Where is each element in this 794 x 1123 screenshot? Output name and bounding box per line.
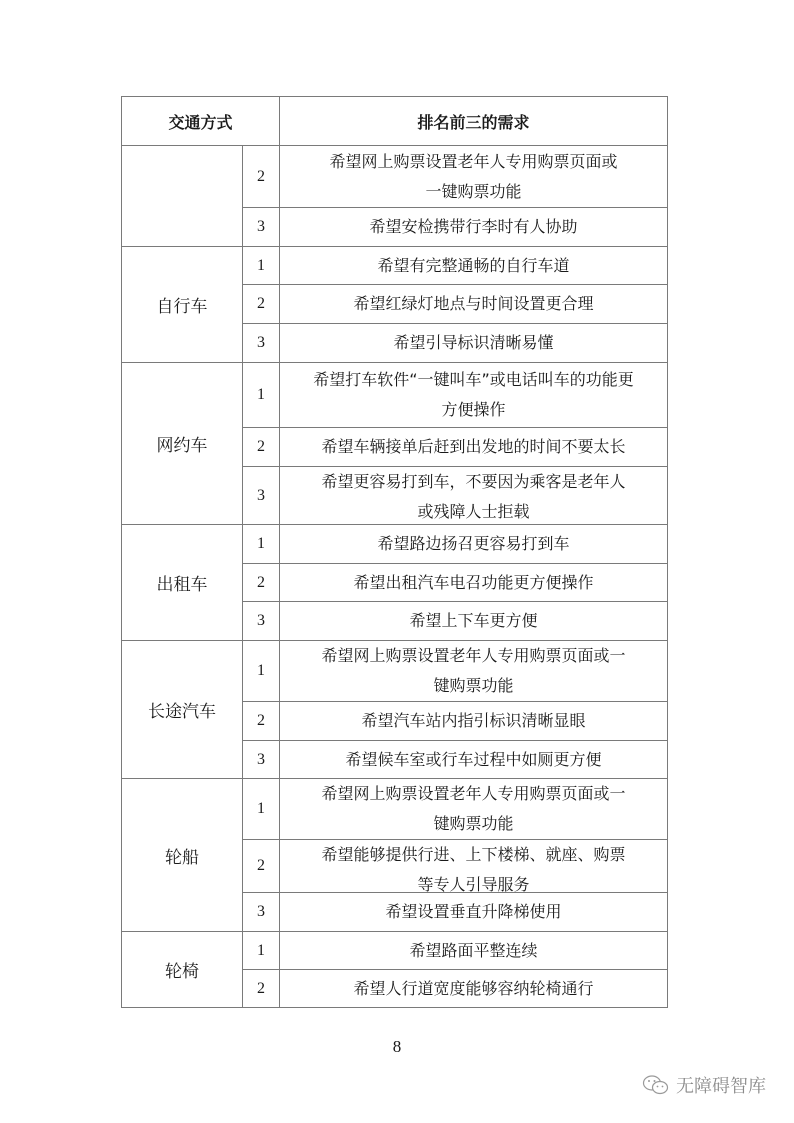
rank-cell: 1: [243, 932, 280, 970]
requirement-line: 希望网上购票设置老年人专用购票页面或一: [280, 641, 667, 671]
requirement-line: 键购票功能: [280, 809, 667, 839]
requirement-cell: 希望路面平整连续: [280, 932, 668, 970]
requirement-line: 希望车辆接单后赶到出发地的时间不要太长: [280, 432, 667, 462]
requirement-cell: 希望能够提供行进、上下楼梯、就座、购票等专人引导服务: [280, 840, 668, 893]
requirement-line: 希望上下车更方便: [280, 606, 667, 636]
requirement-cell: 希望上下车更方便: [280, 602, 668, 641]
requirement-cell: 希望红绿灯地点与时间设置更合理: [280, 285, 668, 324]
requirement-line: 希望能够提供行进、上下楼梯、就座、购票: [280, 840, 667, 870]
requirement-cell: 希望网上购票设置老年人专用购票页面或一键购票功能: [280, 146, 668, 208]
requirement-line: 希望路面平整连续: [280, 936, 667, 966]
requirement-cell: 希望路边扬召更容易打到车: [280, 525, 668, 564]
table-row: 自行车1希望有完整通畅的自行车道: [122, 247, 668, 285]
requirement-line: 或残障人士拒载: [280, 497, 667, 524]
requirement-line: 希望汽车站内指引标识清晰显眼: [280, 706, 667, 736]
requirement-line: 希望引导标识清晰易懂: [280, 328, 667, 358]
rank-cell: 1: [243, 525, 280, 564]
requirement-line: 希望打车软件“一键叫车”或电话叫车的功能更: [280, 365, 667, 395]
wechat-icon: [642, 1074, 670, 1096]
requirement-line: 希望网上购票设置老年人专用购票页面或: [280, 147, 667, 177]
table-row: 轮椅1希望路面平整连续: [122, 932, 668, 970]
table-row: 2希望网上购票设置老年人专用购票页面或一键购票功能: [122, 146, 668, 208]
requirement-cell: 希望候车室或行车过程中如厕更方便: [280, 741, 668, 779]
requirement-cell: 希望有完整通畅的自行车道: [280, 247, 668, 285]
requirement-line: 希望路边扬召更容易打到车: [280, 529, 667, 559]
requirement-line: 一键购票功能: [280, 177, 667, 207]
requirement-cell: 希望网上购票设置老年人专用购票页面或一键购票功能: [280, 641, 668, 702]
rank-cell: 2: [243, 146, 280, 208]
requirement-line: 希望出租汽车电召功能更方便操作: [280, 568, 667, 598]
requirement-cell: 希望出租汽车电召功能更方便操作: [280, 564, 668, 602]
table-row: 出租车1希望路边扬召更容易打到车: [122, 525, 668, 564]
rank-cell: 1: [243, 779, 280, 840]
rank-cell: 2: [243, 285, 280, 324]
rank-cell: 3: [243, 467, 280, 525]
rank-cell: 1: [243, 641, 280, 702]
requirement-line: 方便操作: [280, 395, 667, 425]
mode-cell: [122, 146, 243, 247]
mode-cell: 轮船: [122, 779, 243, 932]
rank-cell: 2: [243, 702, 280, 741]
rank-cell: 2: [243, 840, 280, 893]
rank-cell: 1: [243, 247, 280, 285]
requirement-cell: 希望人行道宽度能够容纳轮椅通行: [280, 970, 668, 1008]
rank-cell: 2: [243, 428, 280, 467]
requirement-cell: 希望车辆接单后赶到出发地的时间不要太长: [280, 428, 668, 467]
requirement-line: 希望红绿灯地点与时间设置更合理: [280, 289, 667, 319]
rank-cell: 3: [243, 602, 280, 641]
requirement-cell: 希望安检携带行李时有人协助: [280, 208, 668, 247]
rank-cell: 3: [243, 324, 280, 363]
requirement-cell: 希望网上购票设置老年人专用购票页面或一键购票功能: [280, 779, 668, 840]
rank-cell: 3: [243, 208, 280, 247]
requirement-line: 希望有完整通畅的自行车道: [280, 251, 667, 281]
requirement-cell: 希望汽车站内指引标识清晰显眼: [280, 702, 668, 741]
table-header-row: 交通方式 排名前三的需求: [122, 97, 668, 146]
requirement-line: 希望安检携带行李时有人协助: [280, 212, 667, 242]
header-requirements: 排名前三的需求: [280, 97, 668, 146]
requirement-line: 希望候车室或行车过程中如厕更方便: [280, 745, 667, 775]
table-row: 轮船1希望网上购票设置老年人专用购票页面或一键购票功能: [122, 779, 668, 840]
requirement-line: 希望网上购票设置老年人专用购票页面或一: [280, 779, 667, 809]
requirement-cell: 希望打车软件“一键叫车”或电话叫车的功能更方便操作: [280, 363, 668, 428]
table-body: 2希望网上购票设置老年人专用购票页面或一键购票功能3希望安检携带行李时有人协助自…: [122, 146, 668, 1008]
header-mode: 交通方式: [122, 97, 280, 146]
rank-cell: 3: [243, 893, 280, 932]
mode-cell: 长途汽车: [122, 641, 243, 779]
rank-cell: 2: [243, 970, 280, 1008]
requirements-table: 交通方式 排名前三的需求 2希望网上购票设置老年人专用购票页面或一键购票功能3希…: [121, 96, 668, 1008]
mode-cell: 轮椅: [122, 932, 243, 1008]
table-row: 网约车1希望打车软件“一键叫车”或电话叫车的功能更方便操作: [122, 363, 668, 428]
watermark: 无障碍智库: [642, 1072, 766, 1098]
mode-cell: 出租车: [122, 525, 243, 641]
mode-cell: 自行车: [122, 247, 243, 363]
requirement-line: 希望设置垂直升降梯使用: [280, 897, 667, 927]
requirement-line: 希望更容易打到车，不要因为乘客是老年人: [280, 467, 667, 497]
requirement-cell: 希望更容易打到车，不要因为乘客是老年人或残障人士拒载: [280, 467, 668, 525]
requirement-line: 希望人行道宽度能够容纳轮椅通行: [280, 974, 667, 1004]
rank-cell: 3: [243, 741, 280, 779]
requirement-cell: 希望设置垂直升降梯使用: [280, 893, 668, 932]
page-number: 8: [0, 1037, 794, 1057]
requirement-line: 等专人引导服务: [280, 870, 667, 892]
table-row: 长途汽车1希望网上购票设置老年人专用购票页面或一键购票功能: [122, 641, 668, 702]
mode-cell: 网约车: [122, 363, 243, 525]
requirement-cell: 希望引导标识清晰易懂: [280, 324, 668, 363]
rank-cell: 2: [243, 564, 280, 602]
requirement-line: 键购票功能: [280, 671, 667, 701]
rank-cell: 1: [243, 363, 280, 428]
watermark-text: 无障碍智库: [676, 1072, 766, 1098]
